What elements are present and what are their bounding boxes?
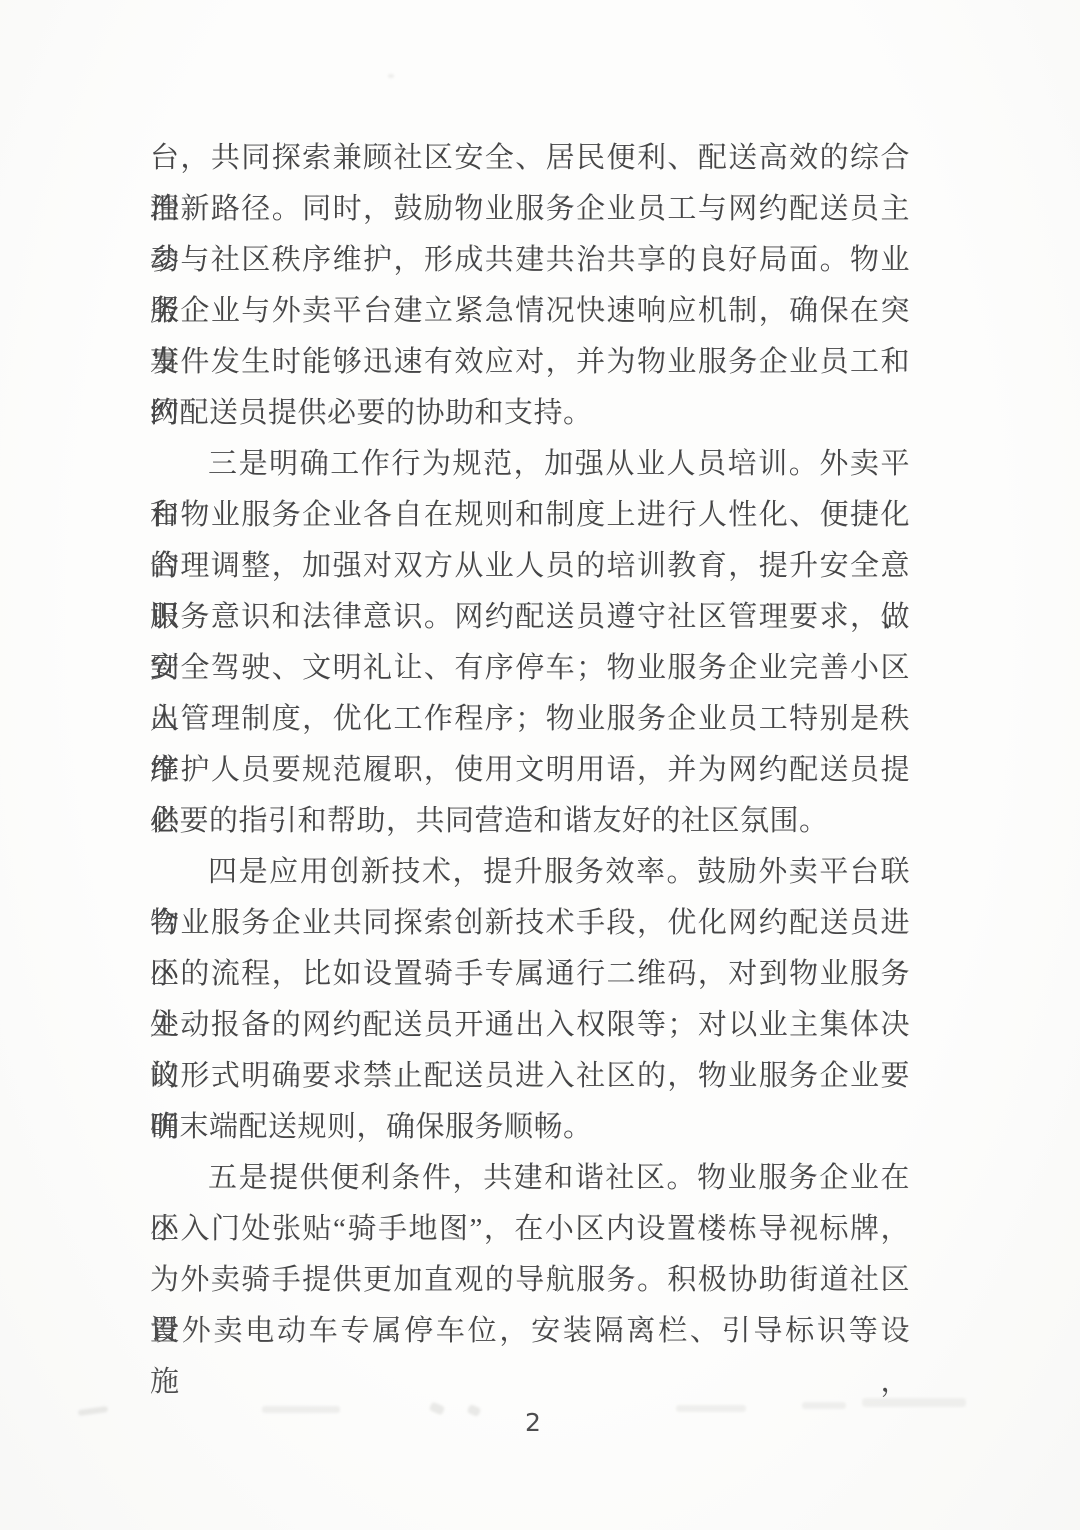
document-body: 台，共同探索兼顾社区安全、居民便利、配送高效的综合治理新路径。同时，鼓励物业服务… — [150, 133, 910, 1357]
text-line: 区的流程，比如设置骑手专属通行二维码，对到物业服务处 — [150, 949, 910, 1000]
text-line: 的形式明确要求禁止配送员进入社区的，物业服务企业要明 — [150, 1051, 910, 1102]
text-line: 合理调整，加强对双方从业人员的培训教育，提升安全意识、 — [150, 541, 910, 592]
text-line: 物业服务企业共同探索创新技术手段，优化网约配送员进小 — [150, 898, 910, 949]
text-line: 维护人员要规范履职，使用文明用语，并为网约配送员提供 — [150, 745, 910, 796]
text-line: 约配送员提供必要的协助和支持。 — [150, 388, 910, 439]
scan-artifact — [388, 74, 394, 78]
text-line: 主动报备的网约配送员开通出入权限等；对以业主集体决议 — [150, 1000, 910, 1051]
text-line: 五是提供便利条件，共建和谐社区。物业服务企业在小 — [150, 1153, 910, 1204]
text-line: 确末端配送规则，确保服务顺畅。 — [150, 1102, 910, 1153]
text-line: 区入门处张贴“骑手地图”，在小区内设置楼栋导视标牌， — [150, 1204, 910, 1255]
text-line: 三是明确工作行为规范，加强从业人员培训。外卖平台 — [150, 439, 910, 490]
scanned-document-page: 台，共同探索兼顾社区安全、居民便利、配送高效的综合治理新路径。同时，鼓励物业服务… — [0, 0, 1080, 1530]
text-line: 安全驾驶、文明礼让、有序停车；物业服务企业完善小区出 — [150, 643, 910, 694]
text-line: 务企业与外卖平台建立紧急情况快速响应机制，确保在突发 — [150, 286, 910, 337]
text-line: 参与社区秩序维护，形成共建共治共享的良好局面。物业服 — [150, 235, 910, 286]
text-line: 置外卖电动车专属停车位，安装隔离栏、引导标识等设施， — [150, 1306, 910, 1357]
text-line: 和物业服务企业各自在规则和制度上进行人性化、便捷化的 — [150, 490, 910, 541]
text-line: 为外卖骑手提供更加直观的导航服务。积极协助街道社区设 — [150, 1255, 910, 1306]
text-line: 理新路径。同时，鼓励物业服务企业员工与网约配送员主动 — [150, 184, 910, 235]
text-line: 入管理制度，优化工作程序；物业服务企业员工特别是秩序 — [150, 694, 910, 745]
text-line: 事件发生时能够迅速有效应对，并为物业服务企业员工和网 — [150, 337, 910, 388]
text-line: 服务意识和法律意识。网约配送员遵守社区管理要求，做到 — [150, 592, 910, 643]
text-line: 四是应用创新技术，提升服务效率。鼓励外卖平台联合 — [150, 847, 910, 898]
text-line: 必要的指引和帮助，共同营造和谐友好的社区氛围。 — [150, 796, 910, 847]
page-number: 2 — [0, 1408, 1066, 1437]
text-line: 台，共同探索兼顾社区安全、居民便利、配送高效的综合治 — [150, 133, 910, 184]
